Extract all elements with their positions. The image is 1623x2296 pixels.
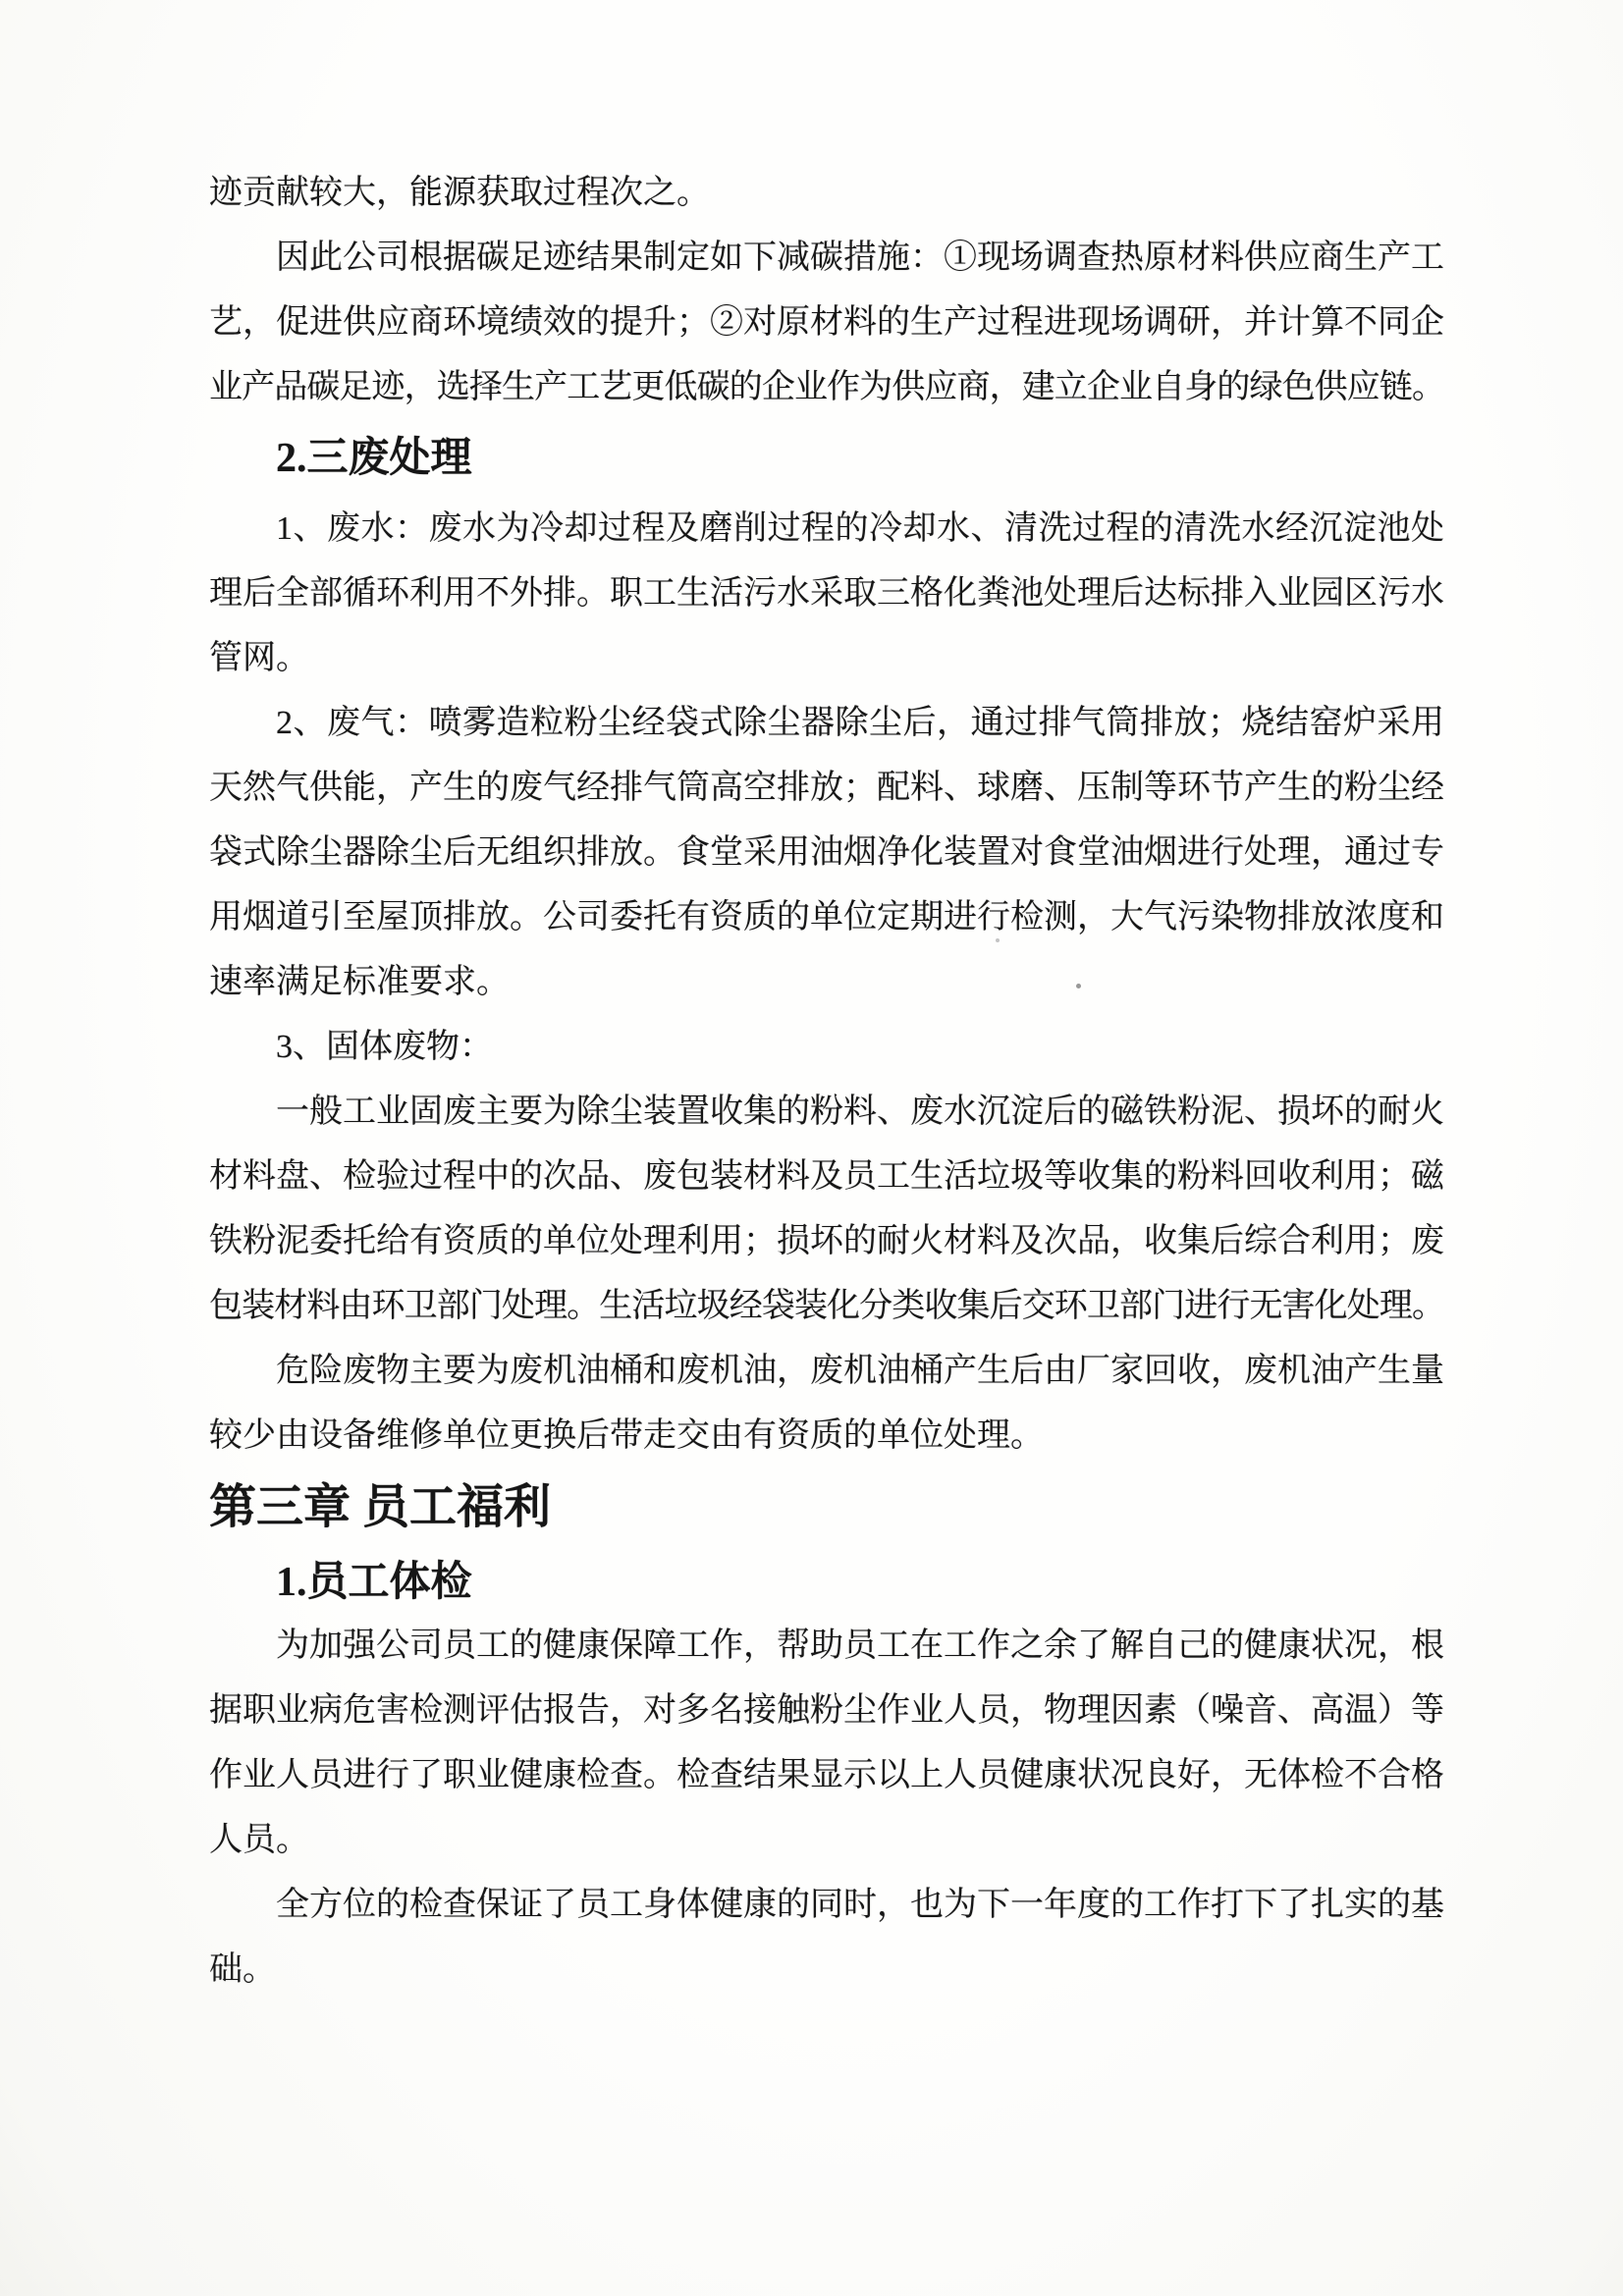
paragraph-solid-waste: 一般工业固废主要为除尘装置收集的粉料、废水沉淀后的磁铁粉泥、损坏的耐火 材料盘、… xyxy=(209,1080,1444,1339)
paragraph-carbon-measures: 因此公司根据碳足迹结果制定如下减碳措施：①现场调查热原材料供应商生产工 艺，促进… xyxy=(209,226,1444,420)
paragraph-health-checkup: 为加强公司员工的健康保障工作，帮助员工在工作之余了解自己的健康状况，根 据职业病… xyxy=(209,1614,1444,1873)
text-line: 础。 xyxy=(209,1938,1444,2002)
text-line: 较少由设备维修单位更换后带走交由有资质的单位处理。 xyxy=(209,1404,1444,1468)
text-line: 用烟道引至屋顶排放。公司委托有资质的单位定期进行检测，大气污染物排放浓度和 xyxy=(209,885,1444,950)
text-line: 铁粉泥委托给有资质的单位处理利用；损坏的耐火材料及次品，收集后综合利用；废 xyxy=(209,1209,1444,1274)
text-line: 业产品碳足迹，选择生产工艺更低碳的企业作为供应商，建立企业自身的绿色供应链。 xyxy=(209,355,1444,420)
text-line: 因此公司根据碳足迹结果制定如下减碳措施：①现场调查热原材料供应商生产工 xyxy=(209,226,1444,291)
text-line: 1、废水：废水为冷却过程及磨削过程的冷却水、清洗过程的清洗水经沉淀池处 xyxy=(209,497,1444,561)
text-line: 材料盘、检验过程中的次品、废包装材料及员工生活垃圾等收集的粉料回收利用；磁 xyxy=(209,1145,1444,1209)
text-line: 理后全部循环利用不外排。职工生活污水采取三格化粪池处理后达标排入业园区污水 xyxy=(209,561,1444,626)
paragraph-hazardous-waste: 危险废物主要为废机油桶和废机油，废机油桶产生后由厂家回收，废机油产生量 较少由设… xyxy=(209,1339,1444,1468)
scan-speck xyxy=(996,938,1000,942)
heading-chapter-employee-welfare: 第三章 员工福利 xyxy=(209,1474,1444,1541)
text-line: 一般工业固废主要为除尘装置收集的粉料、废水沉淀后的磁铁粉泥、损坏的耐火 xyxy=(209,1080,1444,1145)
text-line: 管网。 xyxy=(209,626,1444,691)
text-line: 3、固体废物： xyxy=(209,1015,1444,1080)
text-line: 速率满足标准要求。 xyxy=(209,950,1444,1015)
text-line: 2、废气：喷雾造粒粉尘经袋式除尘器除尘后，通过排气筒排放；烧结窑炉采用 xyxy=(209,691,1444,756)
text-line: 全方位的检查保证了员工身体健康的同时，也为下一年度的工作打下了扎实的基 xyxy=(209,1873,1444,1938)
heading-three-wastes: 2.三废处理 xyxy=(209,430,1444,487)
text-line: 迹贡献较大，能源获取过程次之。 xyxy=(209,161,1444,226)
paragraph-carryover: 迹贡献较大，能源获取过程次之。 xyxy=(209,161,1444,226)
text-line: 据职业病危害检测评估报告，对多名接触粉尘作业人员，物理因素（噪音、高温）等 xyxy=(209,1679,1444,1743)
document-page: 迹贡献较大，能源获取过程次之。 因此公司根据碳足迹结果制定如下减碳措施：①现场调… xyxy=(0,0,1623,2296)
paragraph-exhaust-gas: 2、废气：喷雾造粒粉尘经袋式除尘器除尘后，通过排气筒排放；烧结窑炉采用 天然气供… xyxy=(209,691,1444,1015)
text-line: 艺，促进供应商环境绩效的提升；②对原材料的生产过程进现场调研，并计算不同企 xyxy=(209,291,1444,355)
text-line: 包装材料由环卫部门处理。生活垃圾经袋装化分类收集后交环卫部门进行无害化处理。 xyxy=(209,1274,1444,1339)
text-line: 为加强公司员工的健康保障工作，帮助员工在工作之余了解自己的健康状况，根 xyxy=(209,1614,1444,1679)
text-line: 袋式除尘器除尘后无组织排放。食堂采用油烟净化装置对食堂油烟进行处理，通过专 xyxy=(209,821,1444,885)
scan-speck xyxy=(1076,984,1081,988)
text-line: 天然气供能，产生的废气经排气筒高空排放；配料、球磨、压制等环节产生的粉尘经 xyxy=(209,756,1444,821)
heading-employee-checkup: 1.员工体检 xyxy=(209,1555,1444,1610)
paragraph-wastewater: 1、废水：废水为冷却过程及磨削过程的冷却水、清洗过程的清洗水经沉淀池处 理后全部… xyxy=(209,497,1444,691)
paragraph-solid-waste-label: 3、固体废物： xyxy=(209,1015,1444,1080)
text-line: 危险废物主要为废机油桶和废机油，废机油桶产生后由厂家回收，废机油产生量 xyxy=(209,1339,1444,1404)
text-line: 作业人员进行了职业健康检查。检查结果显示以上人员健康状况良好，无体检不合格 xyxy=(209,1743,1444,1808)
document-body: 迹贡献较大，能源获取过程次之。 因此公司根据碳足迹结果制定如下减碳措施：①现场调… xyxy=(209,161,1444,2002)
text-line: 人员。 xyxy=(209,1808,1444,1873)
paragraph-summary: 全方位的检查保证了员工身体健康的同时，也为下一年度的工作打下了扎实的基 础。 xyxy=(209,1873,1444,2002)
